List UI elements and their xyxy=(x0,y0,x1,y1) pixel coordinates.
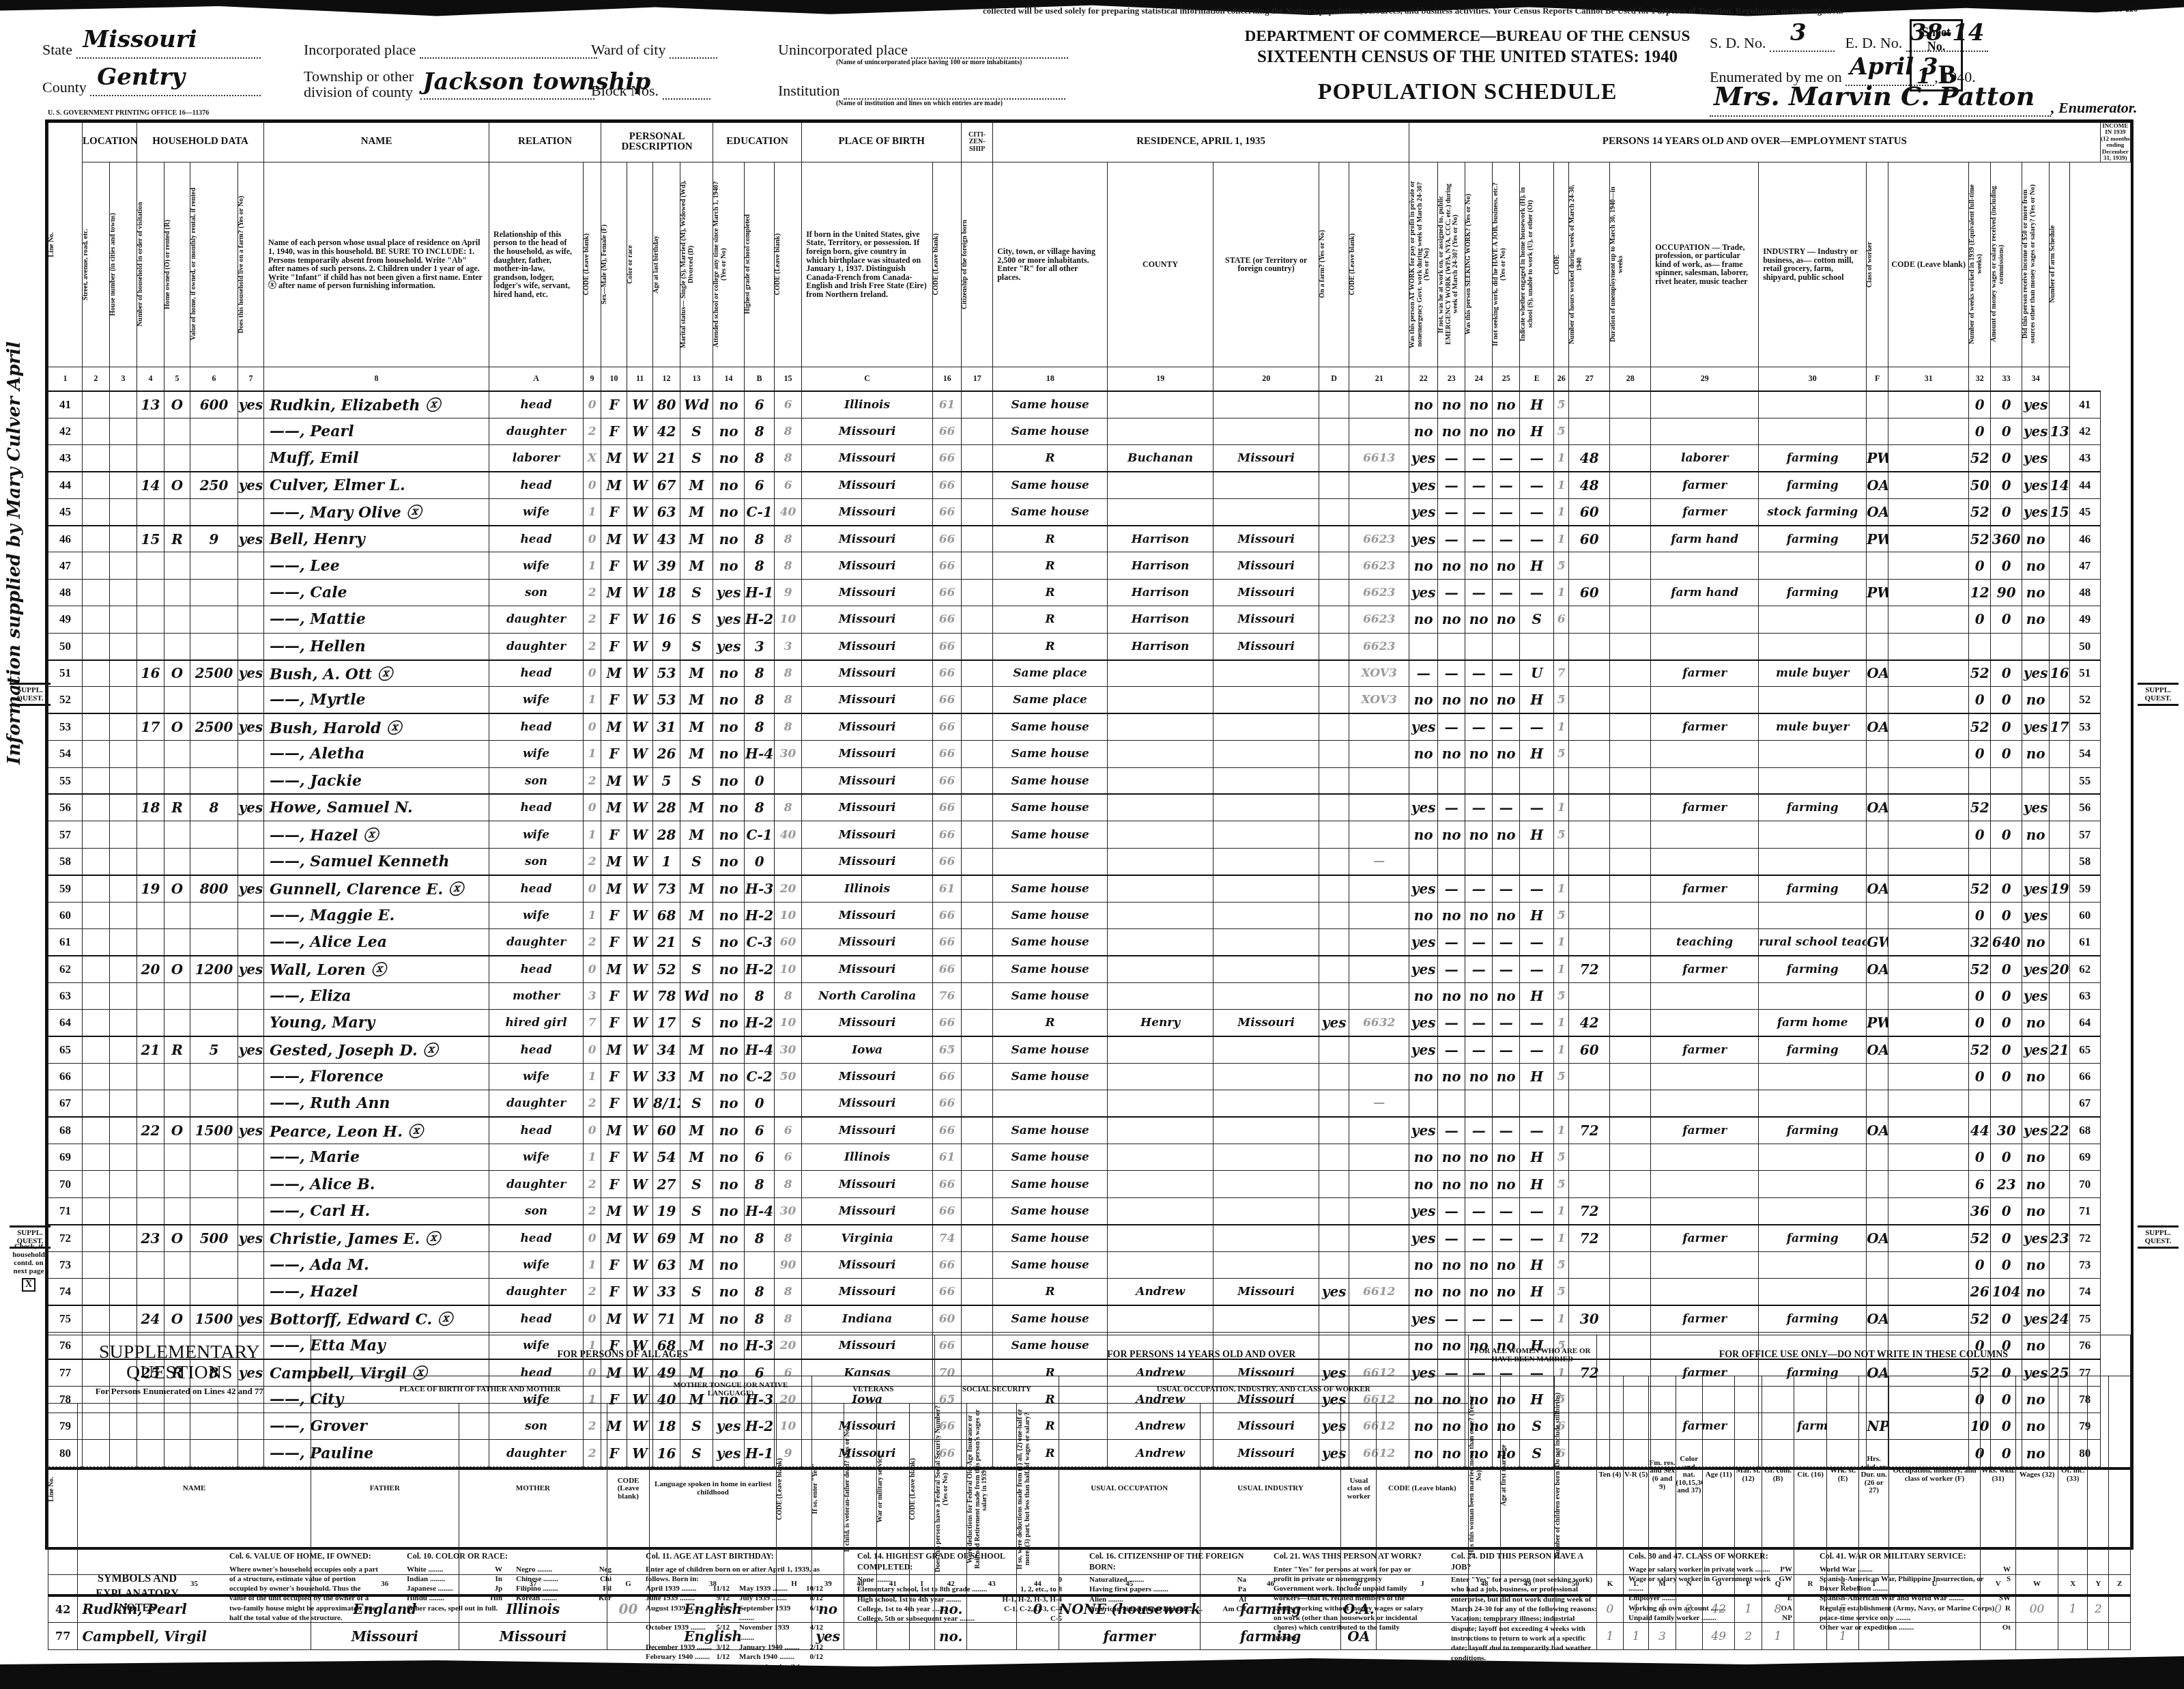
cell-rel: head xyxy=(489,956,584,982)
cell-sch: no xyxy=(713,552,745,579)
cell-c23: — xyxy=(1465,928,1493,955)
cell-farm xyxy=(238,1197,264,1224)
cell-cls: OA xyxy=(1867,1117,1888,1144)
supp-code-i: CODE (Leave blank) xyxy=(909,1404,934,1575)
cell-mar: S xyxy=(680,1010,713,1036)
note-item: College, 5th or subsequent year ........… xyxy=(857,1614,1062,1623)
cell-sch: no xyxy=(713,1144,745,1171)
cell-cit xyxy=(962,1197,993,1224)
cell-r20 xyxy=(1319,606,1349,633)
cell-cit xyxy=(962,472,993,498)
cell-oth: no xyxy=(2022,821,2050,848)
cell-c: 66 xyxy=(933,848,962,875)
supp-subtitle: For Persons Enumerated on Lines 42 and 7… xyxy=(48,1387,311,1396)
column-number: 28 xyxy=(1610,367,1651,391)
cell-street xyxy=(83,1279,110,1305)
cell-b: 6 xyxy=(775,1117,802,1144)
cell-race: W xyxy=(627,444,653,471)
cell-cls xyxy=(1867,1197,1888,1224)
cell-ind xyxy=(1759,848,1867,875)
cell-ind: farming xyxy=(1759,1036,1867,1063)
cell-c22: no xyxy=(1438,1171,1465,1197)
cell-c23: — xyxy=(1465,1305,1493,1332)
cell-street xyxy=(83,418,110,444)
cell-c22: — xyxy=(1438,498,1465,525)
cell-rel: wife xyxy=(489,552,584,579)
cell-c27 xyxy=(1610,526,1651,552)
cell-f xyxy=(1888,472,1969,498)
cell-d: XOV3 xyxy=(1349,660,1409,687)
note-item: White ........W xyxy=(407,1565,502,1574)
cell-c23: no xyxy=(1465,418,1493,444)
column-number: E xyxy=(1520,367,1554,391)
cell-c21: no xyxy=(1409,1251,1438,1278)
cell-sch: no xyxy=(713,526,745,552)
cell-f xyxy=(1888,687,1969,713)
cell-cls xyxy=(1867,902,1888,928)
cell-wks: 44 xyxy=(1969,1117,1991,1144)
cell-wks: 26 xyxy=(1969,1279,1991,1305)
cell-hh xyxy=(137,1171,164,1197)
line-number: 68 xyxy=(48,1117,83,1144)
column-number: 29 xyxy=(1651,367,1759,391)
cell-c: 66 xyxy=(933,1063,962,1090)
cell-ind: mule buyer xyxy=(1759,660,1867,687)
cell-f xyxy=(1888,391,1969,418)
cell-r20 xyxy=(1319,526,1349,552)
cell-wks xyxy=(1969,848,1991,875)
cell-rel: laborer xyxy=(489,444,584,471)
cell-street xyxy=(83,767,110,794)
cell-sch: no xyxy=(713,1090,745,1117)
cell-occ xyxy=(1651,982,1759,1009)
cell-birth: Missouri xyxy=(802,1090,933,1117)
line-number: 50 xyxy=(48,633,83,659)
cell-c22: — xyxy=(1438,1117,1465,1144)
cell-c26: 60 xyxy=(1569,1036,1610,1063)
cell-r18 xyxy=(1108,902,1213,928)
cell-c22: no xyxy=(1438,418,1465,444)
note-item: Indian ........In xyxy=(407,1574,502,1584)
cell-own xyxy=(164,741,190,767)
cell-r17: Same house xyxy=(993,1251,1108,1278)
cell-b: 8 xyxy=(775,418,802,444)
cell-wag xyxy=(1991,794,2022,821)
cell-c26 xyxy=(1569,418,1610,444)
cell-r20 xyxy=(1319,928,1349,955)
cell-race: W xyxy=(627,472,653,498)
cell-sex: M xyxy=(601,956,627,982)
cell-name: Gunnell, Clarence E. ⓧ xyxy=(264,875,489,902)
cell-farm xyxy=(238,928,264,955)
sheet-side: B xyxy=(1938,59,1957,89)
cell-own: O xyxy=(164,956,190,982)
enumerator-label: , Enumerator. xyxy=(2051,99,2138,116)
cell-a: 0 xyxy=(584,391,601,418)
cell-c27 xyxy=(1610,552,1651,579)
table-row: 71——, Carl H.son2MW19SnoH-430Missouri66S… xyxy=(48,1197,2131,1224)
cell-c: 61 xyxy=(933,391,962,418)
cell-c22: — xyxy=(1438,713,1465,740)
cell-fs xyxy=(2050,848,2070,875)
line-number-right: 47 xyxy=(2070,552,2100,579)
cell-b: 6 xyxy=(775,391,802,418)
cell-c25: H xyxy=(1520,1251,1554,1278)
cell-c22: — xyxy=(1438,579,1465,606)
cell-c25: — xyxy=(1520,713,1554,740)
cell-c21: yes xyxy=(1409,713,1438,740)
cell-b: 9 xyxy=(775,579,802,606)
cell-c: 66 xyxy=(933,660,962,687)
cell-b: 10 xyxy=(775,1010,802,1036)
cell-oth: yes xyxy=(2022,956,2050,982)
cell-hh: 16 xyxy=(137,660,164,687)
cell-ind xyxy=(1759,1279,1867,1305)
cell-name: Gested, Joseph D. ⓧ xyxy=(264,1036,489,1063)
column-number: 20 xyxy=(1213,367,1319,391)
cell-c21 xyxy=(1409,767,1438,794)
cell-wks: 52 xyxy=(1969,1036,1991,1063)
check-label: Check, if household contd. on next page xyxy=(8,1243,49,1275)
cell-race: W xyxy=(627,1171,653,1197)
cell-c: 65 xyxy=(933,1036,962,1063)
cell-wag: 0 xyxy=(1991,713,2022,740)
cell-farm xyxy=(238,741,264,767)
line-number: 73 xyxy=(48,1251,83,1278)
cell-age: 33 xyxy=(653,1279,680,1305)
cell-own xyxy=(164,498,190,525)
cell-fs: 13 xyxy=(2050,418,2070,444)
cell-r17: Same house xyxy=(993,956,1108,982)
cell-fs xyxy=(2050,794,2070,821)
cell-r20 xyxy=(1319,713,1349,740)
cell-a: 1 xyxy=(584,821,601,848)
cell-c25: H xyxy=(1520,687,1554,713)
cell-r17: Same house xyxy=(993,1171,1108,1197)
cell-house xyxy=(110,472,137,498)
cell-c24: no xyxy=(1493,741,1520,767)
note-item: July 1939 ........8/12 xyxy=(739,1593,823,1603)
cell-wag: 23 xyxy=(1991,1171,2022,1197)
cell-name: ——, Lee xyxy=(264,552,489,579)
col-sex: Sex—Male (M), Female (F) xyxy=(601,162,627,367)
cell-mar: S xyxy=(680,418,713,444)
cell-occ: farmer xyxy=(1651,956,1759,982)
cell-hh: 21 xyxy=(137,1036,164,1063)
note-item: Naturalized ........Na xyxy=(1089,1575,1246,1585)
column-number: 22 xyxy=(1409,367,1438,391)
cell-oth: no xyxy=(2022,606,2050,633)
cell-d xyxy=(1349,391,1409,418)
cell-cit xyxy=(962,391,993,418)
note-item: April 1939 ........11/12 xyxy=(646,1584,730,1593)
cell-r17 xyxy=(993,848,1108,875)
cell-wag: 0 xyxy=(1991,1197,2022,1224)
cell-c27 xyxy=(1610,418,1651,444)
supp-line-no: Line No. xyxy=(48,1404,78,1575)
supplementary-questions: SUPPLEMENTARY QUESTIONS For Persons Enum… xyxy=(45,1335,2133,1550)
cell-sex: F xyxy=(601,741,627,767)
cell-own xyxy=(164,1171,190,1197)
cell-c22: no xyxy=(1438,687,1465,713)
supp-usual-occ-title: USUAL OCCUPATION, INDUSTRY, AND CLASS OF… xyxy=(1059,1376,1468,1404)
cell-occ xyxy=(1651,741,1759,767)
cell-c21: yes xyxy=(1409,1010,1438,1036)
supp-veterans: VETERANS xyxy=(811,1376,934,1404)
cell-d xyxy=(1349,1171,1409,1197)
cell-name: ——, Mary Olive ⓧ xyxy=(264,498,489,525)
cell-fs xyxy=(2050,1171,2070,1197)
cell-r20 xyxy=(1319,1251,1349,1278)
cell-farm: yes xyxy=(238,1036,264,1063)
cell-wks: 0 xyxy=(1969,741,1991,767)
cell-occ xyxy=(1651,418,1759,444)
cell-farm: yes xyxy=(238,794,264,821)
cell-sex: F xyxy=(601,687,627,713)
cell-house xyxy=(110,1171,137,1197)
note-item: Spanish-American War and World War .....… xyxy=(1820,1593,2011,1603)
line-number-right: 68 xyxy=(2070,1117,2100,1144)
cell-hh xyxy=(137,928,164,955)
cell-sex: M xyxy=(601,472,627,498)
cell-mar: M xyxy=(680,1225,713,1251)
cell-sch: no xyxy=(713,391,745,418)
line-number: 44 xyxy=(48,472,83,498)
cell-race: W xyxy=(627,660,653,687)
cell-rel: hired girl xyxy=(489,1010,584,1036)
cell-c21: no xyxy=(1409,821,1438,848)
cell-r19 xyxy=(1213,1171,1319,1197)
cell-name: ——, Florence xyxy=(264,1063,489,1090)
cell-value: 600 xyxy=(190,391,238,418)
cell-wks: 52 xyxy=(1969,444,1991,471)
cell-d: — xyxy=(1349,848,1409,875)
cell-c21: no xyxy=(1409,418,1438,444)
cell-own: O xyxy=(164,391,190,418)
cell-value: 1500 xyxy=(190,1117,238,1144)
cell-c22: no xyxy=(1438,902,1465,928)
cell-c23: no xyxy=(1465,1171,1493,1197)
cell-gr: 8 xyxy=(745,1305,775,1332)
cell-a: 0 xyxy=(584,794,601,821)
cell-wag xyxy=(1991,633,2022,659)
supp-c42: Does this person have a Federal Social S… xyxy=(934,1404,967,1575)
line-number-right: 53 xyxy=(2070,713,2100,740)
cell-street xyxy=(83,982,110,1009)
column-number: 9 xyxy=(584,367,601,391)
cell-wks: 32 xyxy=(1969,928,1991,955)
supp-language-header: Language spoken in home in earliest chil… xyxy=(650,1404,777,1575)
cell-hh xyxy=(137,821,164,848)
supp-mother-header: MOTHER xyxy=(459,1404,607,1575)
cell-rel: head xyxy=(489,713,584,740)
supp-office-2: Fm. res. and Sex (6 and 9) xyxy=(1649,1376,1676,1575)
cell-b: 10 xyxy=(775,902,802,928)
county-value: Gentry xyxy=(97,63,185,91)
cell-c25 xyxy=(1520,767,1554,794)
supp-code-g: CODE (Leave blank) xyxy=(607,1404,650,1575)
cell-c26: 72 xyxy=(1569,1197,1610,1224)
cell-r17: Same house xyxy=(993,498,1108,525)
column-number: 31 xyxy=(1888,367,1969,391)
cell-oth: yes xyxy=(2022,1305,2050,1332)
cell-farm xyxy=(238,902,264,928)
cell-house xyxy=(110,1090,137,1117)
cell-c22: — xyxy=(1438,1036,1465,1063)
column-number: 34 xyxy=(2022,367,2050,391)
cell-house xyxy=(110,1063,137,1090)
cell-c24: — xyxy=(1493,1305,1520,1332)
cell-a: 2 xyxy=(584,928,601,955)
column-number: 19 xyxy=(1108,367,1213,391)
cell-wag: 360 xyxy=(1991,526,2022,552)
note-col41: Col. 41. WAR OR MILITARY SERVICE: World … xyxy=(1820,1551,2011,1633)
cell-a: 2 xyxy=(584,579,601,606)
cell-r18: Harrison xyxy=(1108,552,1213,579)
cell-occ: farmer xyxy=(1651,794,1759,821)
cell-r18 xyxy=(1108,713,1213,740)
cell-c21: yes xyxy=(1409,1197,1438,1224)
cell-a: 0 xyxy=(584,1305,601,1332)
cell-street xyxy=(83,660,110,687)
cell-cit xyxy=(962,687,993,713)
cell-birth: Missouri xyxy=(802,1010,933,1036)
line-number-right: 50 xyxy=(2070,633,2100,659)
cell-sch: no xyxy=(713,821,745,848)
ed-label: E. D. No. xyxy=(1845,34,1903,51)
note-item: Working on own account ........OA xyxy=(1628,1604,1792,1613)
household-continued-check[interactable]: Check, if household contd. on next page … xyxy=(8,1243,49,1292)
cell-r18 xyxy=(1108,391,1213,418)
cell-r17: R xyxy=(993,579,1108,606)
cell-birth: Missouri xyxy=(802,472,933,498)
cell-r17: Same place xyxy=(993,660,1108,687)
cell-occ xyxy=(1651,1279,1759,1305)
cell-r19 xyxy=(1213,794,1319,821)
note-item: Wage or salary worker in Government work… xyxy=(1628,1574,1792,1594)
cell-c22 xyxy=(1438,767,1465,794)
cell-c23: — xyxy=(1465,1117,1493,1144)
cell-wks: 50 xyxy=(1969,472,1991,498)
cell-c21: yes xyxy=(1409,472,1438,498)
cell-d: 6632 xyxy=(1349,1010,1409,1036)
cell-c27 xyxy=(1610,498,1651,525)
cell-r17: R xyxy=(993,1010,1108,1036)
cell-rel: daughter xyxy=(489,633,584,659)
cell-mar: Wd xyxy=(680,982,713,1009)
cell-oth: yes xyxy=(2022,418,2050,444)
cell-gr: H-2 xyxy=(745,902,775,928)
ward-field: Ward of city xyxy=(591,41,717,59)
cell-sex: M xyxy=(601,444,627,471)
cell-sch: no xyxy=(713,982,745,1009)
table-row: 4414O250yesCulver, Elmer L.head0MW67Mno6… xyxy=(48,472,2131,498)
cell-farm xyxy=(238,1090,264,1117)
cell-c21: yes xyxy=(1409,875,1438,902)
cell-rel: wife xyxy=(489,1144,584,1171)
col-weeks: Number of weeks worked in 1939 (Equivale… xyxy=(1969,162,1991,367)
table-row: 7524O1500yesBottorff, Edward C. ⓧhead0MW… xyxy=(48,1305,2131,1332)
cell-race: W xyxy=(627,982,653,1009)
cell-c21: no xyxy=(1409,741,1438,767)
cell-d xyxy=(1349,713,1409,740)
cell-ind: mule buyer xyxy=(1759,713,1867,740)
cell-c: 74 xyxy=(933,1225,962,1251)
cell-c25: — xyxy=(1520,472,1554,498)
cell-sex: F xyxy=(601,1279,627,1305)
cell-c24: no xyxy=(1493,1063,1520,1090)
cell-c27 xyxy=(1610,687,1651,713)
cell-wag: 90 xyxy=(1991,579,2022,606)
cell-value: 1500 xyxy=(190,1305,238,1332)
cell-gr: H-1 xyxy=(745,579,775,606)
cell-occ xyxy=(1651,902,1759,928)
cell-house xyxy=(110,821,137,848)
table-row: 55——, Jackieson2MW5Sno0Missouri66Same ho… xyxy=(48,767,2131,794)
cell-farm xyxy=(238,606,264,633)
cell-fs xyxy=(2050,526,2070,552)
cell-r20 xyxy=(1319,1305,1349,1332)
table-row: 61——, Alice Leadaughter2FW21SnoC-360Miss… xyxy=(48,928,2131,955)
cell-cit xyxy=(962,1144,993,1171)
cell-fs xyxy=(2050,579,2070,606)
cell-wag: 0 xyxy=(1991,1251,2022,1278)
cell-r20 xyxy=(1319,444,1349,471)
cell-b xyxy=(775,848,802,875)
cell-sex: F xyxy=(601,902,627,928)
col-grade: Highest grade of school completed xyxy=(745,162,775,367)
check-mark[interactable]: X xyxy=(22,1278,35,1292)
cell-c24 xyxy=(1493,767,1520,794)
cell-sch: no xyxy=(713,418,745,444)
cell-r18 xyxy=(1108,928,1213,955)
cell-farm: yes xyxy=(238,1117,264,1144)
cell-race: W xyxy=(627,928,653,955)
cell-oth: no xyxy=(2022,741,2050,767)
col-27: Duration of unemployment up to March 30,… xyxy=(1610,162,1651,367)
supp-office-15 xyxy=(2109,1376,2131,1575)
cell-cls: OA xyxy=(1867,472,1888,498)
cell-c23: no xyxy=(1465,741,1493,767)
cell-birth: Missouri xyxy=(802,1279,933,1305)
cell-c: 61 xyxy=(933,1144,962,1171)
cell-c21: yes xyxy=(1409,1117,1438,1144)
cell-c23: — xyxy=(1465,1036,1493,1063)
cell-c26 xyxy=(1569,633,1610,659)
cell-r19 xyxy=(1213,391,1319,418)
note-item: World War ........W xyxy=(1820,1565,2011,1574)
cell-wks: 0 xyxy=(1969,606,1991,633)
cell-value: 8 xyxy=(190,794,238,821)
cell-age: 1 xyxy=(653,848,680,875)
cell-a: 2 xyxy=(584,767,601,794)
cell-f xyxy=(1888,982,1969,1009)
unincorporated-note: (Name of unincorporated place having 100… xyxy=(836,59,1022,66)
cell-sex: M xyxy=(601,660,627,687)
line-number-right: 49 xyxy=(2070,606,2100,633)
note-item: Having first papers ........Pa xyxy=(1089,1585,1246,1594)
cell-c26 xyxy=(1569,687,1610,713)
cell-c: 66 xyxy=(933,1279,962,1305)
cell-c26 xyxy=(1569,767,1610,794)
cell-cls xyxy=(1867,1090,1888,1117)
cell-e xyxy=(1554,848,1569,875)
cell-wag: 0 xyxy=(1991,1144,2022,1171)
cell-d xyxy=(1349,902,1409,928)
cell-r18 xyxy=(1108,1251,1213,1278)
cell-value: 800 xyxy=(190,875,238,902)
column-number: 32 xyxy=(1969,367,1991,391)
